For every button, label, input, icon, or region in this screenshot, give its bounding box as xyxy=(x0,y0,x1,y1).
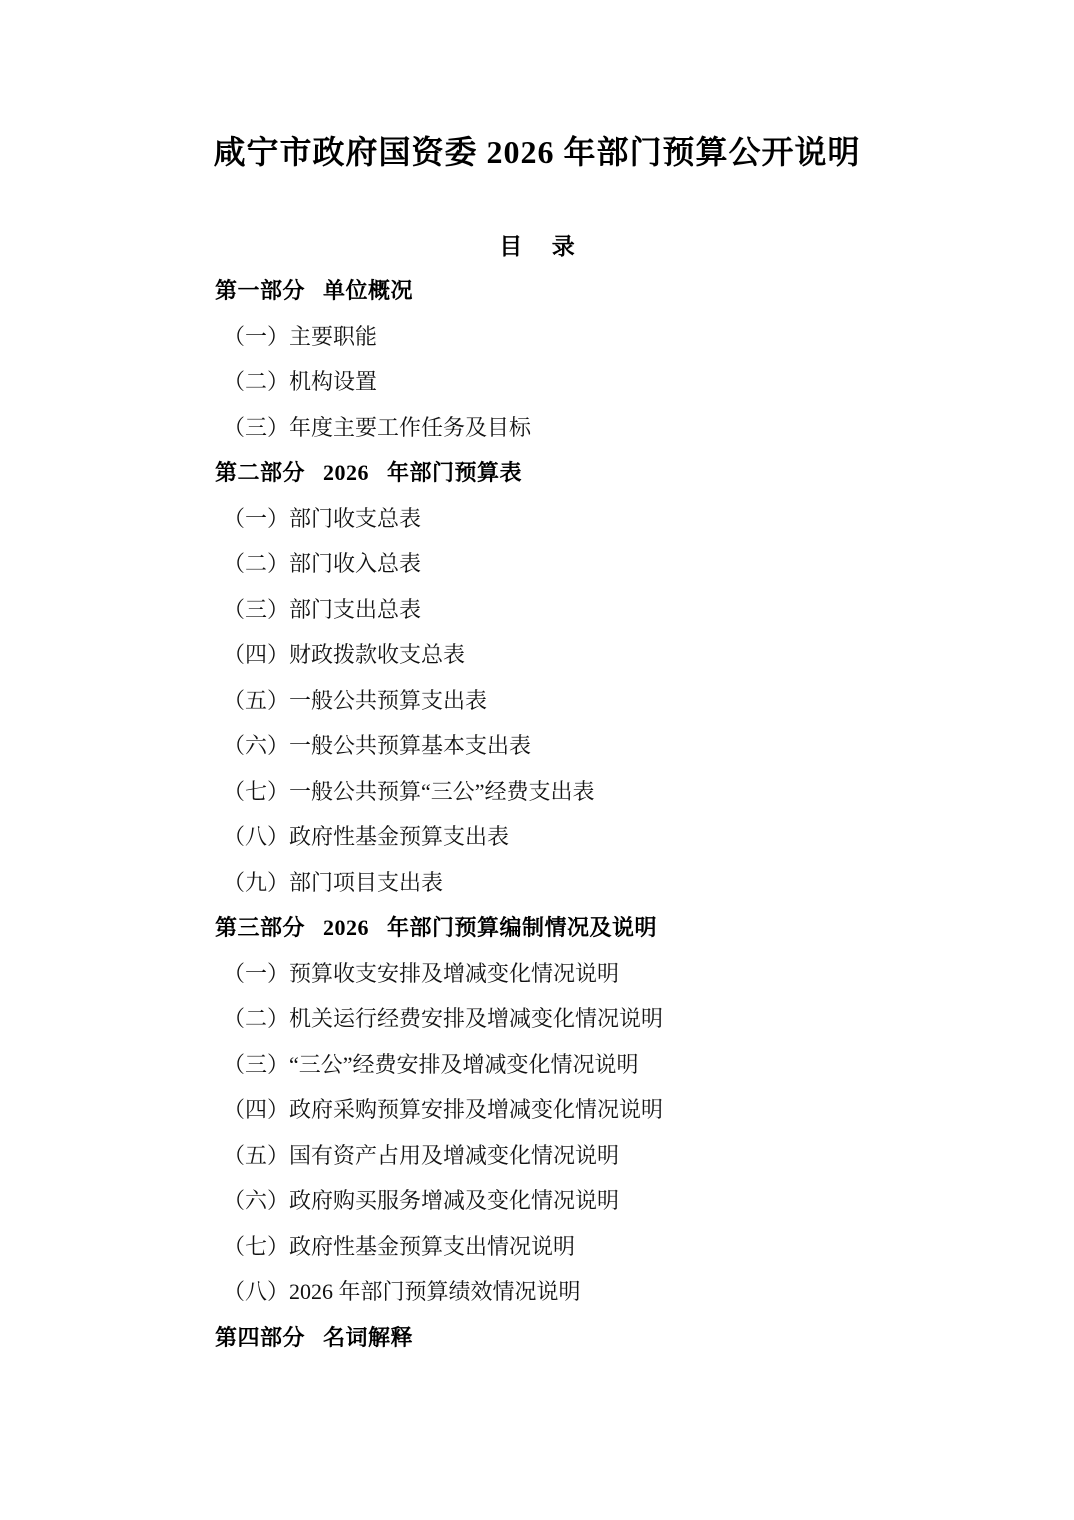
toc-item: （二）机构设置 xyxy=(215,358,1024,404)
toc-item: （二）机关运行经费安排及增减变化情况说明 xyxy=(215,995,1024,1041)
document-page: 咸宁市政府国资委 2026 年部门预算公开说明 目 录 第一部分 单位概况（一）… xyxy=(0,0,1074,1520)
toc-item: （六）政府购买服务增减及变化情况说明 xyxy=(215,1177,1024,1223)
toc-item: （一）预算收支安排及增减变化情况说明 xyxy=(215,950,1024,996)
toc-item: （九）部门项目支出表 xyxy=(215,859,1024,905)
toc-item: （五）国有资产占用及增减变化情况说明 xyxy=(215,1132,1024,1178)
toc-item: （八）政府性基金预算支出表 xyxy=(215,813,1024,859)
toc-heading: 目 录 xyxy=(0,233,1074,261)
toc-section-heading: 第二部分 2026 年部门预算表 xyxy=(215,449,1024,495)
toc-item: （二）部门收入总表 xyxy=(215,540,1024,586)
toc-item: （六）一般公共预算基本支出表 xyxy=(215,722,1024,768)
toc-section-heading: 第三部分 2026 年部门预算编制情况及说明 xyxy=(215,904,1024,950)
document-title: 咸宁市政府国资委 2026 年部门预算公开说明 xyxy=(0,130,1074,174)
toc-section-heading: 第四部分 名词解释 xyxy=(215,1314,1024,1360)
toc-list: 第一部分 单位概况（一）主要职能（二）机构设置（三）年度主要工作任务及目标第二部… xyxy=(215,267,1024,1359)
toc-item: （三）“三公”经费安排及增减变化情况说明 xyxy=(215,1041,1024,1087)
toc-item: （三）年度主要工作任务及目标 xyxy=(215,404,1024,450)
toc-item: （一）主要职能 xyxy=(215,313,1024,359)
toc-item: （八）2026 年部门预算绩效情况说明 xyxy=(215,1268,1024,1314)
toc-item: （五）一般公共预算支出表 xyxy=(215,677,1024,723)
toc-item: （七）政府性基金预算支出情况说明 xyxy=(215,1223,1024,1269)
toc-item: （四）财政拨款收支总表 xyxy=(215,631,1024,677)
toc-item: （四）政府采购预算安排及增减变化情况说明 xyxy=(215,1086,1024,1132)
toc-item: （一）部门收支总表 xyxy=(215,495,1024,541)
toc-section-heading: 第一部分 单位概况 xyxy=(215,267,1024,313)
toc-item: （七）一般公共预算“三公”经费支出表 xyxy=(215,768,1024,814)
toc-item: （三）部门支出总表 xyxy=(215,586,1024,632)
